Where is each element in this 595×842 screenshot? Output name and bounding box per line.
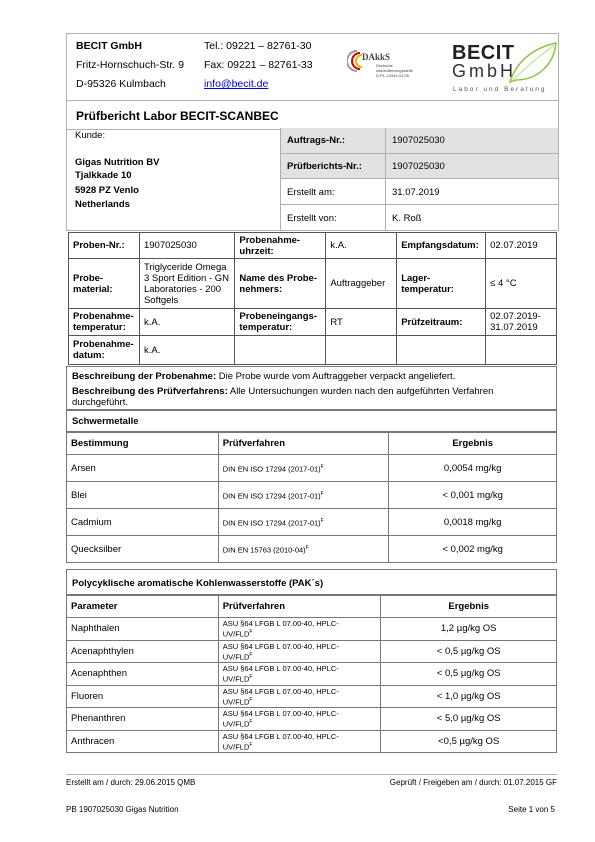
accreditation-mark: F xyxy=(249,697,252,703)
table-row: AnthracenASU §64 LFGB L 07.00-40, HPLC-U… xyxy=(67,730,557,753)
row-name: Blei xyxy=(67,482,219,509)
desc-probenahme: Beschreibung der Probenahme: Die Probe w… xyxy=(72,371,455,382)
desc-verfahren: Beschreibung des Prüfverfahrens: Alle Un… xyxy=(72,386,493,397)
meta-row-erstellt-am: Erstellt am: 31.07.2019 xyxy=(281,178,558,204)
sample-info-table: Proben-Nr.: 1907025030 Probenahme-uhrzei… xyxy=(68,232,557,365)
table-header-row: Bestimmung Prüfverfahren Ergebnis xyxy=(67,433,557,455)
footer-page-number: Seite 1 von 5 xyxy=(508,805,555,814)
label-probenahme-uhrzeit: Probenahme-uhrzeit: xyxy=(235,233,326,259)
sample-row: Probenahme-datum: k.A. xyxy=(69,336,557,365)
company-city: D-95326 Kulmbach xyxy=(76,78,166,90)
meta-row-pruefbericht: Prüfberichts-Nr.: 1907025030 xyxy=(281,153,558,178)
meta-row-auftrag: Auftrags-Nr.: 1907025030 xyxy=(281,128,558,153)
sample-row: Probe-material: Triglyceride Omega 3 Spo… xyxy=(69,259,557,309)
value-probenahmetemperatur: k.A. xyxy=(139,309,234,336)
accreditation-mark: F xyxy=(249,719,252,725)
footer-approved: Geprüft / Freigeben am / durch: 01.07.20… xyxy=(390,778,557,787)
company-fax: Fax: 09221 – 82761-33 xyxy=(204,59,313,71)
method-line1: ASU §64 LFGB L 07.00-40, HPLC- xyxy=(223,687,339,696)
value-probenahmedatum: k.A. xyxy=(139,336,234,365)
sample-row: Proben-Nr.: 1907025030 Probenahme-uhrzei… xyxy=(69,233,557,259)
letterhead: BECIT GmbH Fritz-Hornschuch-Str. 9 D-953… xyxy=(66,33,559,100)
method-text: DIN EN ISO 17294 (2017-01) xyxy=(223,518,321,527)
value-lagertemperatur: ≤ 4 °C xyxy=(486,259,557,309)
customer-city: 5928 PZ Venlo xyxy=(75,185,139,196)
section-pah: Polycyklische aromatische Kohlenwasserst… xyxy=(66,569,557,595)
table-row: CadmiumDIN EN ISO 17294 (2017-01)F0,0018… xyxy=(67,509,557,536)
method-line1: ASU §64 LFGB L 07.00-40, HPLC- xyxy=(223,664,339,673)
label-probeneingangstemperatur: Probeneingangs-temperatur: xyxy=(235,309,326,336)
row-method: DIN EN ISO 17294 (2017-01)F xyxy=(218,455,389,482)
meta-label: Auftrags-Nr.: xyxy=(287,135,345,146)
logo-gmbh: GmbH xyxy=(452,61,516,82)
row-name: Naphthalen xyxy=(67,618,219,641)
section-title: Polycyklische aromatische Kohlenwasserst… xyxy=(72,578,323,589)
row-method: ASU §64 LFGB L 07.00-40, HPLC-UV/FLDF xyxy=(218,730,381,753)
row-name: Quecksilber xyxy=(67,536,219,563)
section-title: Schwermetalle xyxy=(72,416,139,427)
customer-name: Gigas Nutrition BV xyxy=(75,157,159,168)
dakks-line3: D-PL-14344-01-00 xyxy=(376,73,409,78)
dakks-name: DAkkS xyxy=(362,52,390,62)
row-method: DIN EN ISO 17294 (2017-01)F xyxy=(218,482,389,509)
meta-label: Erstellt von: xyxy=(287,213,337,224)
table-row: NaphthalenASU §64 LFGB L 07.00-40, HPLC-… xyxy=(67,618,557,641)
value-probenahme-uhrzeit: k.A. xyxy=(326,233,397,259)
value-proben-nr: 1907025030 xyxy=(139,233,234,259)
accreditation-mark: F xyxy=(249,629,252,635)
desc-verfahren-text2: durchgeführt. xyxy=(72,397,128,408)
method-line2: UV/FLD xyxy=(223,697,250,706)
label-pruefzeitraum: Prüfzeitraum: xyxy=(397,309,486,336)
empty-cell xyxy=(326,336,397,365)
value-name-probenehmer: Auftraggeber xyxy=(326,259,397,309)
table-row: BleiDIN EN ISO 17294 (2017-01)F< 0,001 m… xyxy=(67,482,557,509)
company-street: Fritz-Hornschuch-Str. 9 xyxy=(76,59,184,71)
footer-divider xyxy=(66,774,557,775)
row-method: DIN EN ISO 17294 (2017-01)F xyxy=(218,509,389,536)
row-result: 1,2 µg/kg OS xyxy=(381,618,557,641)
empty-cell xyxy=(397,336,486,365)
pah-table: Parameter Prüfverfahren Ergebnis Naphtha… xyxy=(66,595,557,753)
row-method: ASU §64 LFGB L 07.00-40, HPLC-UV/FLDF xyxy=(218,685,381,708)
accreditation-mark: F xyxy=(321,518,324,524)
desc-verfahren-label: Beschreibung des Prüfverfahrens: xyxy=(72,386,228,397)
column-header: Parameter xyxy=(67,596,219,618)
method-line1: ASU §64 LFGB L 07.00-40, HPLC- xyxy=(223,642,339,651)
column-header: Ergebnis xyxy=(381,596,557,618)
meta-value: 1907025030 xyxy=(392,135,445,146)
meta-row-erstellt-von: Erstellt von: K. Roß xyxy=(281,204,558,230)
desc-verfahren-text: Alle Untersuchungen wurden nach den aufg… xyxy=(228,386,494,397)
method-line2: UV/FLD xyxy=(223,652,250,661)
table-row: QuecksilberDIN EN 15763 (2010-04)F< 0,00… xyxy=(67,536,557,563)
value-probeneingangstemperatur: RT xyxy=(326,309,397,336)
customer-street: Tjalkkade 10 xyxy=(75,170,132,181)
method-text: DIN EN ISO 17294 (2017-01) xyxy=(223,464,321,473)
row-method: ASU §64 LFGB L 07.00-40, HPLC-UV/FLDF xyxy=(218,618,381,641)
accreditation-mark: F xyxy=(249,652,252,658)
label-probematerial: Probe-material: xyxy=(69,259,140,309)
method-line2: UV/FLD xyxy=(223,742,250,751)
customer-block: Kunde: Gigas Nutrition BV Tjalkkade 10 5… xyxy=(66,128,281,231)
method-line2: UV/FLD xyxy=(223,630,250,639)
leaf-icon xyxy=(508,42,558,84)
row-name: Acenaphthylen xyxy=(67,640,219,663)
meta-value: 1907025030 xyxy=(392,161,445,172)
accreditation-mark: F xyxy=(321,491,324,497)
label-proben-nr: Proben-Nr.: xyxy=(69,233,140,259)
method-line1: ASU §64 LFGB L 07.00-40, HPLC- xyxy=(223,732,339,741)
report-title: Prüfbericht Labor BECIT-SCANBEC xyxy=(76,109,279,123)
table-row: AcenaphthenASU §64 LFGB L 07.00-40, HPLC… xyxy=(67,663,557,686)
empty-cell xyxy=(486,336,557,365)
becit-logo: BECIT GmbH Labor und Beratung xyxy=(442,42,558,98)
customer-country: Netherlands xyxy=(75,199,130,210)
table-header-row: Parameter Prüfverfahren Ergebnis xyxy=(67,596,557,618)
column-header: Bestimmung xyxy=(67,433,219,455)
desc-probenahme-label: Beschreibung der Probenahme: xyxy=(72,371,216,382)
row-method: DIN EN 15763 (2010-04)F xyxy=(218,536,389,563)
method-line1: ASU §64 LFGB L 07.00-40, HPLC- xyxy=(223,709,339,718)
method-line1: ASU §64 LFGB L 07.00-40, HPLC- xyxy=(223,619,339,628)
logo-tagline: Labor und Beratung xyxy=(453,86,546,93)
accreditation-mark: F xyxy=(249,674,252,680)
row-result: < 0,5 µg/kg OS xyxy=(381,640,557,663)
row-name: Cadmium xyxy=(67,509,219,536)
meta-label: Prüfberichts-Nr.: xyxy=(287,161,362,172)
accreditation-mark: F xyxy=(321,464,324,470)
desc-probenahme-text: Die Probe wurde vom Auftraggeber verpack… xyxy=(216,371,455,382)
row-method: ASU §64 LFGB L 07.00-40, HPLC-UV/FLDF xyxy=(218,640,381,663)
method-text: DIN EN 15763 (2010-04) xyxy=(223,545,306,554)
customer-label: Kunde: xyxy=(75,130,105,141)
footer-created: Erstellt am / durch: 29.06.2015 QMB xyxy=(66,778,195,787)
row-result: < 0,002 mg/kg xyxy=(389,536,557,563)
row-name: Fluoren xyxy=(67,685,219,708)
table-row: PhenanthrenASU §64 LFGB L 07.00-40, HPLC… xyxy=(67,708,557,731)
footer-document-id: PB 1907025030 Gigas Nutrition xyxy=(66,805,179,814)
company-email-link[interactable]: info@becit.de xyxy=(204,78,268,90)
row-result: 0,0054 mg/kg xyxy=(389,455,557,482)
method-line2: UV/FLD xyxy=(223,675,250,684)
meta-value: K. Roß xyxy=(392,213,422,224)
column-header: Prüfverfahren xyxy=(218,596,381,618)
label-probenahmedatum: Probenahme-datum: xyxy=(69,336,140,365)
row-result: < 1,0 µg/kg OS xyxy=(381,685,557,708)
accreditation-mark: F xyxy=(249,742,252,748)
table-row: AcenaphthylenASU §64 LFGB L 07.00-40, HP… xyxy=(67,640,557,663)
table-row: FluorenASU §64 LFGB L 07.00-40, HPLC-UV/… xyxy=(67,685,557,708)
company-tel: Tel.: 09221 – 82761-30 xyxy=(204,40,311,52)
row-method: ASU §64 LFGB L 07.00-40, HPLC-UV/FLDF xyxy=(218,663,381,686)
column-header: Prüfverfahren xyxy=(218,433,389,455)
row-result: < 0,001 mg/kg xyxy=(389,482,557,509)
row-name: Acenaphthen xyxy=(67,663,219,686)
dakks-logo: DAkkS Deutsche Akkreditierungsstelle D-P… xyxy=(347,48,427,82)
row-result: < 5,0 µg/kg OS xyxy=(381,708,557,731)
row-result: <0,5 µg/kg OS xyxy=(381,730,557,753)
row-method: ASU §64 LFGB L 07.00-40, HPLC-UV/FLDF xyxy=(218,708,381,731)
section-heavy-metals: Schwermetalle xyxy=(66,410,557,432)
label-probenahmetemperatur: Probenahme-temperatur: xyxy=(69,309,140,336)
value-empfangsdatum: 02.07.2019 xyxy=(486,233,557,259)
value-pruefzeitraum: 02.07.2019-31.07.2019 xyxy=(486,309,557,336)
row-result: 0,0018 mg/kg xyxy=(389,509,557,536)
row-name: Anthracen xyxy=(67,730,219,753)
method-line2: UV/FLD xyxy=(223,720,250,729)
report-meta: Auftrags-Nr.: 1907025030 Prüfberichts-Nr… xyxy=(280,128,559,231)
value-probematerial: Triglyceride Omega 3 Sport Edition - GN … xyxy=(139,259,234,309)
method-text: DIN EN ISO 17294 (2017-01) xyxy=(223,491,321,500)
row-result: < 0,5 µg/kg OS xyxy=(381,663,557,686)
sample-row: Probenahme-temperatur: k.A. Probeneingan… xyxy=(69,309,557,336)
empty-cell xyxy=(235,336,326,365)
company-name: BECIT GmbH xyxy=(76,40,142,52)
table-row: ArsenDIN EN ISO 17294 (2017-01)F0,0054 m… xyxy=(67,455,557,482)
label-name-probenehmer: Name des Probe-nehmers: xyxy=(235,259,326,309)
label-lagertemperatur: Lager-temperatur: xyxy=(397,259,486,309)
description-block: Beschreibung der Probenahme: Die Probe w… xyxy=(66,366,557,410)
column-header: Ergebnis xyxy=(389,433,557,455)
accreditation-mark: F xyxy=(306,545,309,551)
row-name: Phenanthren xyxy=(67,708,219,731)
label-empfangsdatum: Empfangsdatum: xyxy=(397,233,486,259)
dakks-arc-icon xyxy=(347,50,363,72)
meta-value: 31.07.2019 xyxy=(392,187,440,198)
heavy-metals-table: Bestimmung Prüfverfahren Ergebnis ArsenD… xyxy=(66,432,557,563)
report-title-bar: Prüfbericht Labor BECIT-SCANBEC xyxy=(66,100,559,130)
row-name: Arsen xyxy=(67,455,219,482)
meta-label: Erstellt am: xyxy=(287,187,335,198)
